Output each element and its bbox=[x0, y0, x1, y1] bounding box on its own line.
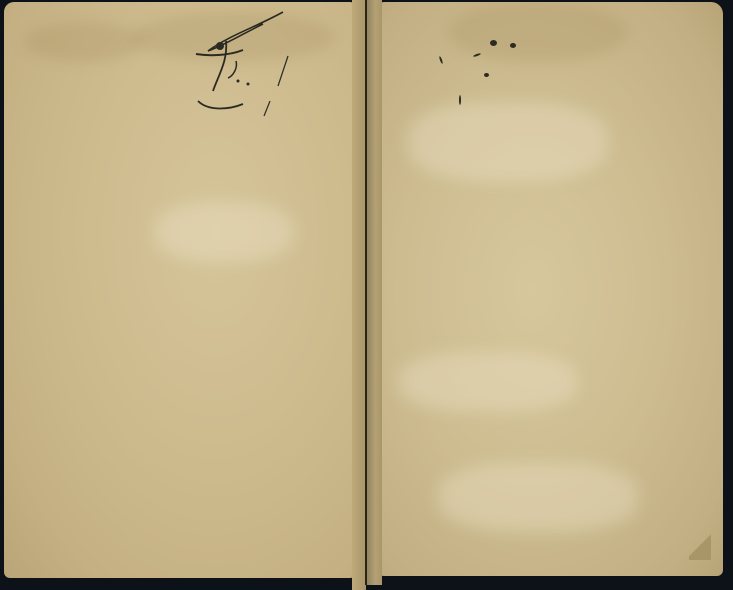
gutter-right bbox=[366, 0, 382, 585]
ink-stroke bbox=[459, 95, 461, 105]
corner-fold bbox=[689, 530, 711, 560]
spine bbox=[365, 0, 367, 585]
paper-highlight bbox=[154, 202, 294, 262]
right-page bbox=[378, 2, 723, 576]
water-stain bbox=[448, 2, 628, 62]
ink-blot bbox=[490, 40, 497, 46]
ink-blot bbox=[484, 73, 489, 77]
left-page bbox=[4, 2, 356, 578]
paper-highlight bbox=[438, 462, 638, 532]
handwritten-inscription bbox=[188, 6, 298, 118]
paper-highlight bbox=[398, 352, 578, 412]
paper-highlight bbox=[408, 102, 608, 182]
ink-blot bbox=[510, 43, 516, 48]
water-stain bbox=[24, 22, 144, 62]
gutter-left bbox=[352, 0, 366, 590]
